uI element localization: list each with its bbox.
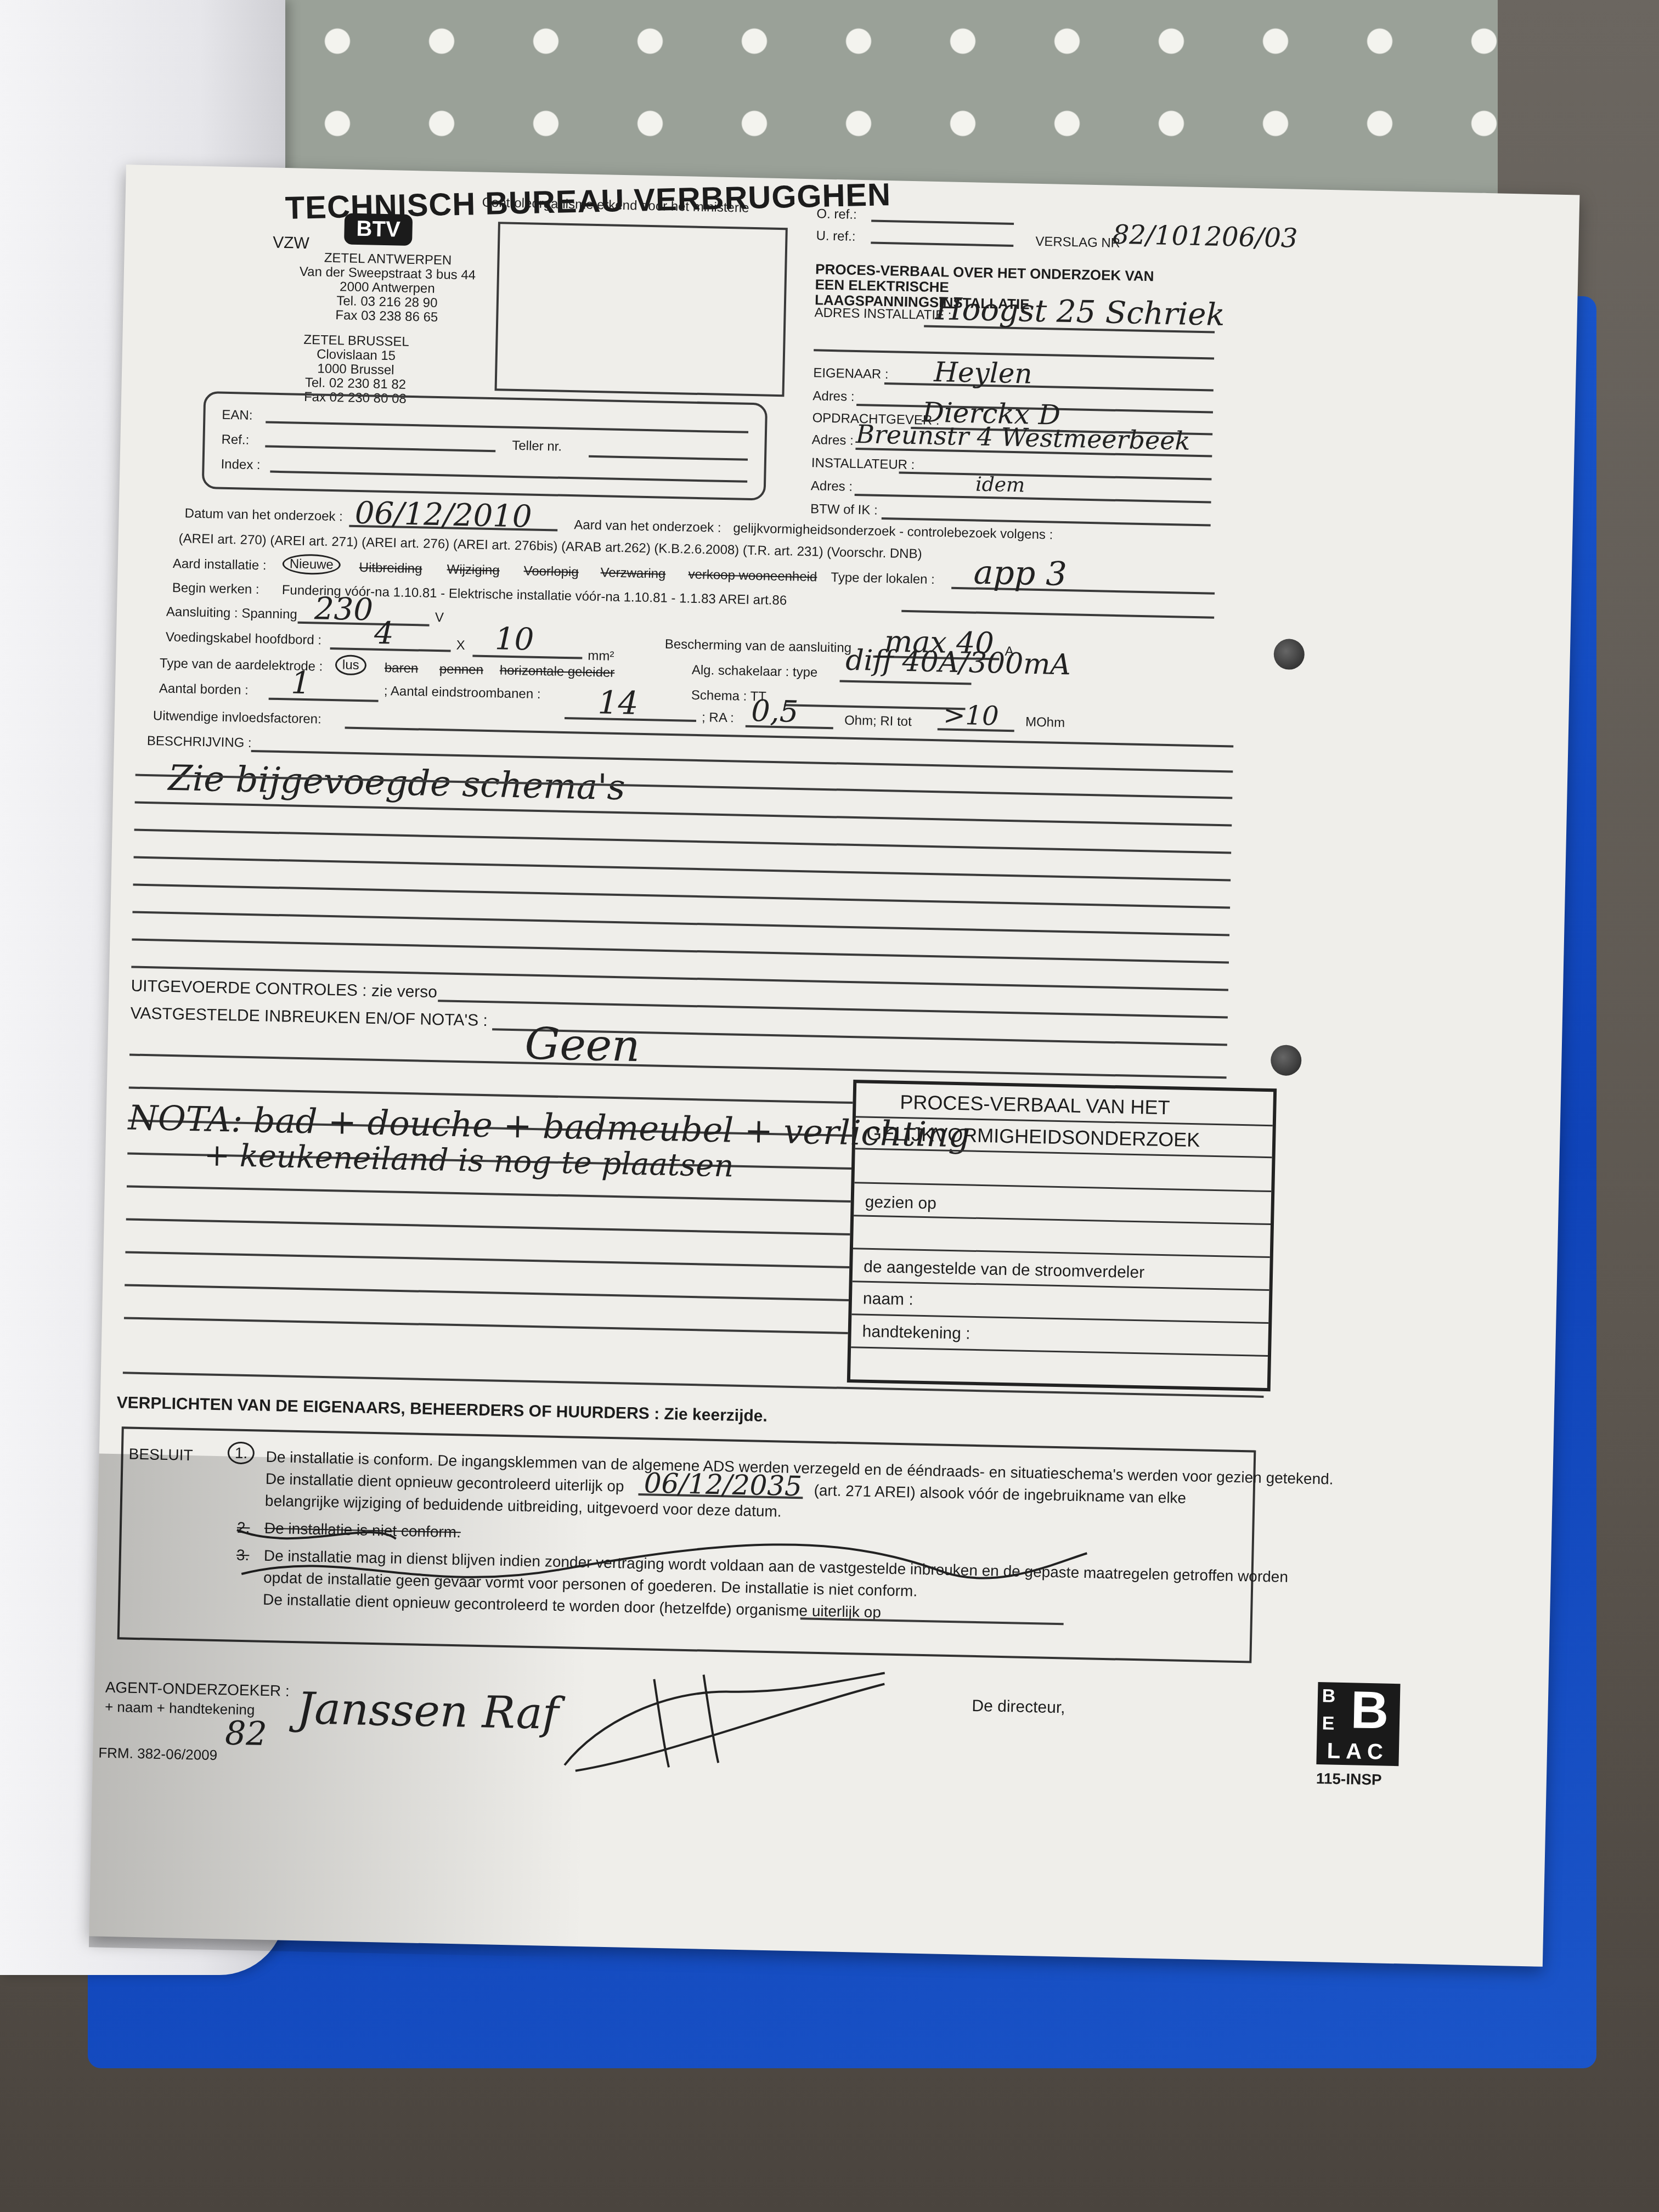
belac-lac: LAC — [1316, 1737, 1399, 1766]
type-lokalen-value[interactable]: app 3 — [973, 554, 1067, 594]
o-ref-label: O. ref.: — [816, 206, 857, 223]
type-lokalen-label: Type der lokalen : — [831, 570, 935, 588]
pv-title-line2: GELIJKVORMIGHEIDSONDERZOEK — [866, 1122, 1200, 1152]
voedingskabel-cores[interactable]: 4 — [374, 616, 394, 652]
ref-label: Ref.: — [221, 432, 249, 448]
aardelektrode-option: horizontale geleider — [500, 663, 615, 680]
beschrijving-label: BESCHRIJVING : — [147, 733, 252, 751]
spanning-label: Aansluiting : Spanning — [166, 605, 297, 623]
installateur-adres-value[interactable]: idem — [975, 473, 1025, 497]
aard-installatie-option: Verzwaring — [600, 565, 665, 582]
borden-value[interactable]: 1 — [291, 665, 311, 702]
belac-big-b: B — [1339, 1683, 1400, 1739]
belac-letter: B — [1318, 1682, 1340, 1710]
adres-installatie-label: ADRES INSTALLATIE : — [814, 305, 951, 323]
aardelektrode-option: pennen — [439, 662, 484, 678]
ri-unit: MOhm — [1025, 715, 1065, 731]
btv-logo: BTV — [344, 213, 413, 246]
inbreuken-label: VASTGESTELDE INBREUKEN EN/OF NOTA'S : — [130, 1005, 488, 1031]
ri-value[interactable]: >10 — [943, 699, 999, 731]
eigenaar-value[interactable]: Heylen — [934, 356, 1032, 390]
begin-werken-label: Begin werken : — [172, 580, 259, 597]
eigenaar-label: EIGENAAR : — [813, 365, 889, 382]
eindstroombanen-label: ; Aantal eindstroombanen : — [384, 684, 541, 702]
pv-naam: naam : — [863, 1290, 913, 1310]
voedingskabel-unit: mm² — [588, 648, 614, 664]
invloed-label: Uitwendige invloedsfactoren: — [153, 708, 321, 727]
option-nieuwe[interactable]: Nieuwe — [282, 554, 341, 575]
aard-options: gelijkvormigheidsonderzoek - controlebez… — [733, 521, 1053, 543]
eigenaar-adres-label: Adres : — [812, 388, 855, 405]
schakelaar-value[interactable]: diff 40A/300mA — [845, 644, 1071, 682]
adres-installatie-value[interactable]: Hoogst 25 Schriek — [935, 291, 1225, 333]
besluit-label: BESLUIT — [128, 1446, 193, 1464]
besluit-1-line2a: De installatie dient opnieuw gecontrolee… — [266, 1470, 624, 1496]
agent-label: AGENT-ONDERZOEKER : — [105, 1679, 290, 1700]
aard-installatie-selected[interactable]: Nieuwe — [283, 556, 341, 573]
directeur-label: De directeur, — [972, 1697, 1065, 1718]
pv-gelijkvormigheid-box: PROCES-VERBAAL VAN HET GELIJKVORMIGHEIDS… — [847, 1080, 1277, 1391]
office-fax: Fax 03 238 86 65 — [298, 308, 475, 326]
besluit-1-marker[interactable]: 1. — [227, 1441, 255, 1464]
aard-installatie-option: Wijziging — [447, 562, 500, 578]
verslag-number[interactable]: 82/101206/03 — [1112, 219, 1298, 254]
voedingskabel-label: Voedingskabel hoofdbord : — [166, 630, 322, 648]
schakelaar-label: Alg. schakelaar : type — [692, 663, 818, 681]
agent-signature-scribble — [553, 1655, 896, 1794]
datum-label: Datum van het onderzoek : — [184, 506, 343, 524]
ohm-ri-label: Ohm; RI tot — [844, 713, 912, 730]
spanning-unit: V — [435, 610, 444, 625]
pv-handtekening: handtekening : — [862, 1323, 970, 1344]
aardelektrode-option: baren — [385, 661, 419, 676]
btw-label: BTW of IK : — [810, 501, 878, 518]
office-antwerpen: ZETEL ANTWERPEN Van der Sweepstraat 3 bu… — [298, 251, 476, 326]
voedingskabel-x: X — [456, 638, 465, 653]
installateur-adres-label: Adres : — [811, 478, 853, 495]
borden-label: Aantal borden : — [159, 681, 249, 698]
obligations-note: VERPLICHTEN VAN DE EIGENAARS, BEHEERDERS… — [116, 1393, 768, 1426]
inspection-form-sheet: TECHNISCH BUREAU VERBRUGGHEN VZW BTV Con… — [89, 165, 1579, 1967]
installateur-label: INSTALLATEUR : — [811, 455, 915, 473]
option-lus[interactable]: lus — [335, 654, 366, 675]
legal-form: VZW — [273, 234, 309, 253]
ra-value[interactable]: 0,5 — [751, 693, 799, 729]
aard-label: Aard van het onderzoek : — [574, 517, 721, 536]
agent-name-signature[interactable]: Janssen Raf — [296, 1683, 559, 1739]
pv-title-line1: PROCES-VERBAAL VAN HET — [900, 1091, 1170, 1119]
verslag-label: VERSLAG NR — [1035, 234, 1120, 251]
spanning-value[interactable]: 230 — [314, 591, 373, 628]
strike-through-scribble — [229, 1514, 1164, 1654]
meter-info-box: EAN: Ref.: Teller nr. Index : — [202, 391, 768, 500]
aard-installatie-label: Aard installatie : — [172, 556, 266, 574]
besluit-1-date[interactable]: 06/12/2035 — [644, 1467, 802, 1502]
u-ref-label: U. ref.: — [816, 228, 856, 245]
belac-letter: E — [1317, 1709, 1339, 1737]
aard-installatie-option: Uitbreiding — [359, 560, 422, 577]
aardelektrode-selected[interactable]: lus — [335, 657, 366, 673]
uitgevoerde-controles-label: UITGEVOERDE CONTROLES : zie verso — [131, 977, 437, 1002]
agent-number[interactable]: 82 — [224, 1714, 267, 1753]
stamp-box — [495, 222, 788, 397]
index-label: Index : — [221, 457, 261, 473]
datum-value[interactable]: 06/12/2010 — [354, 495, 532, 535]
opdrachtgever-adres-label: Adres : — [811, 432, 854, 449]
bescherming-label: Bescherming van de aansluiting — [665, 637, 852, 656]
pv-aangestelde: de aangestelde van de stroomverdeler — [864, 1258, 1145, 1283]
pv-gezien-op: gezien op — [865, 1193, 936, 1214]
besluit-option-1[interactable]: 1. — [228, 1444, 255, 1462]
punch-hole — [1273, 639, 1305, 670]
aard-installatie-option: verkoop wooneenheid — [688, 567, 817, 585]
ean-label: EAN: — [222, 408, 253, 424]
aard-installatie-option: Voorlopig — [523, 563, 579, 580]
ra-label: ; RA : — [702, 710, 734, 726]
punch-hole — [1271, 1045, 1302, 1076]
belac-logo: B B E LAC — [1316, 1682, 1400, 1766]
eindstroombanen-value[interactable]: 14 — [597, 684, 639, 722]
besluit-box: BESLUIT 1. De installatie is conform. De… — [117, 1426, 1256, 1663]
besluit-1-line2b: (art. 271 AREI) alsook vóór de ingebruik… — [814, 1482, 1186, 1507]
voedingskabel-section[interactable]: 10 — [494, 621, 534, 657]
form-code: FRM. 382-06/2009 — [98, 1745, 217, 1764]
belac-code: 115-INSP — [1316, 1770, 1383, 1789]
teller-label: Teller nr. — [512, 438, 562, 455]
